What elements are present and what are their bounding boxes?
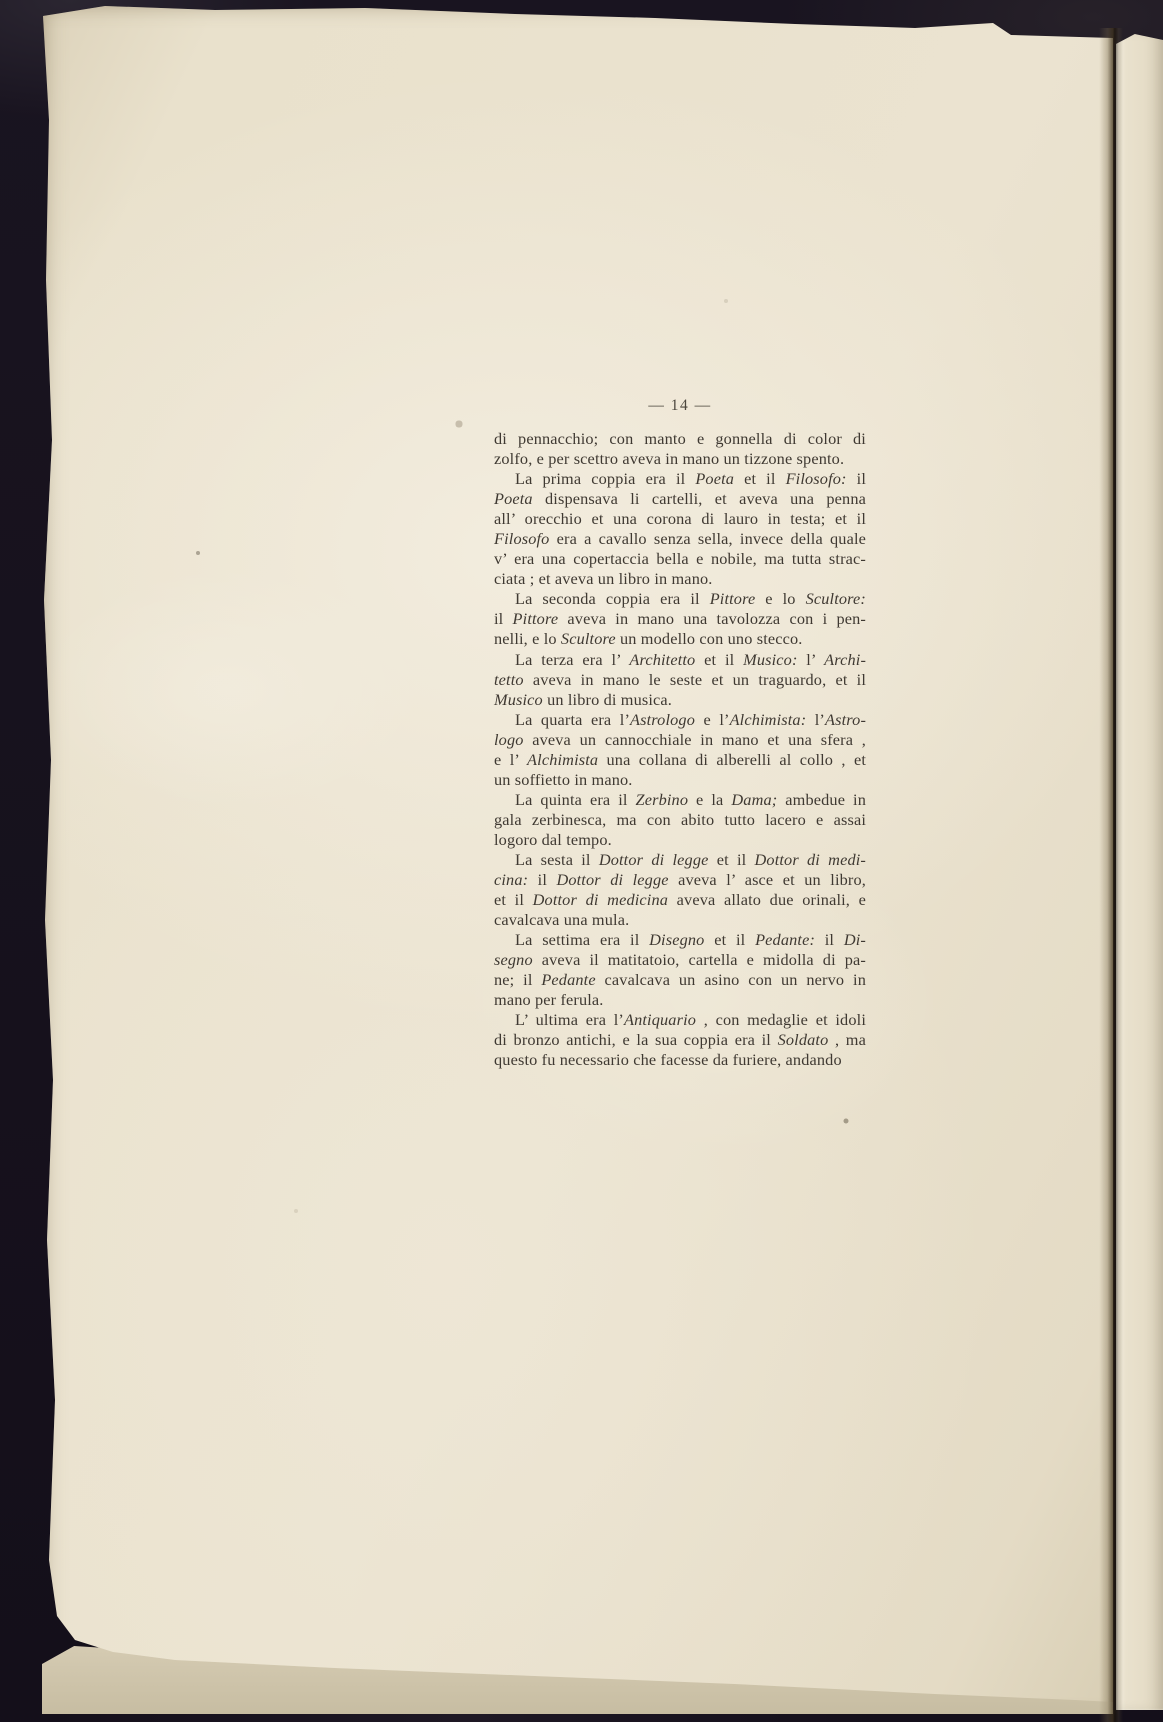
text-line: di pennacchio; con manto e gonnella di c…: [494, 429, 866, 449]
text-line: ciata ; et aveva un libro in mano.: [494, 569, 866, 589]
text-line: et il Dottor di medicina aveva allato du…: [494, 890, 866, 910]
text-line: tetto aveva in mano le seste et un tragu…: [494, 670, 866, 690]
text-line: cavalcava una mula.: [494, 910, 866, 930]
text-line: logo aveva un cannocchiale in mano et un…: [494, 730, 866, 750]
text-line: segno aveva il matitatoio, cartella e mi…: [494, 950, 866, 970]
text-line: ne; il Pedante cavalcava un asino con un…: [494, 970, 866, 990]
page-gutter-shadow: [1099, 28, 1123, 1722]
text-line: mano per ferula.: [494, 990, 866, 1010]
text-line: La terza era l’ Architetto et il Musico:…: [494, 650, 866, 670]
text-line: nelli, e lo Scultore un modello con uno …: [494, 629, 866, 649]
text-line: La prima coppia era il Poeta et il Filos…: [494, 469, 866, 489]
text-line: di bronzo antichi, e la sua coppia era i…: [494, 1030, 866, 1050]
page-number: — 14 —: [494, 397, 866, 415]
text-line: La sesta il Dottor di legge et il Dottor…: [494, 850, 866, 870]
text-line: il Pittore aveva in mano una tavolozza c…: [494, 609, 866, 629]
text-line: Filosofo era a cavallo senza sella, inve…: [494, 529, 866, 549]
text-line: questo fu necessario che facesse da furi…: [494, 1050, 866, 1070]
text-line: gala zerbinesca, ma con abito tutto lace…: [494, 810, 866, 830]
text-line: Poeta dispensava li cartelli, et aveva u…: [494, 489, 866, 509]
book-page: — 14 — di pennacchio; con manto e gonnel…: [35, 0, 1113, 1722]
text-line: La seconda coppia era il Pittore e lo Sc…: [494, 589, 866, 609]
scan-specks: [35, 0, 37, 2]
text-line: zolfo, e per scettro aveva in mano un ti…: [494, 449, 866, 469]
text-line: La quarta era l’Astrologo e l’Alchimista…: [494, 710, 866, 730]
text-line: L’ ultima era l’Antiquario , con medagli…: [494, 1010, 866, 1030]
book-scan: — 14 — di pennacchio; con manto e gonnel…: [0, 0, 1163, 1722]
text-line: Musico un libro di musica.: [494, 690, 866, 710]
text-line: La settima era il Disegno et il Pedante:…: [494, 930, 866, 950]
text-line: un soffietto in mano.: [494, 770, 866, 790]
text-line: cina: il Dottor di legge aveva l’ asce e…: [494, 870, 866, 890]
text-line: all’ orecchio et una corona di lauro in …: [494, 509, 866, 529]
text-line: v’ era una copertaccia bella e nobile, m…: [494, 549, 866, 569]
text-line: logoro dal tempo.: [494, 830, 866, 850]
page-text: di pennacchio; con manto e gonnella di c…: [494, 429, 866, 1071]
text-line: e l’ Alchimista una collana di alberelli…: [494, 750, 866, 770]
next-page-fore-edge: [1116, 32, 1163, 1710]
text-line: La quinta era il Zerbino e la Dama; ambe…: [494, 790, 866, 810]
